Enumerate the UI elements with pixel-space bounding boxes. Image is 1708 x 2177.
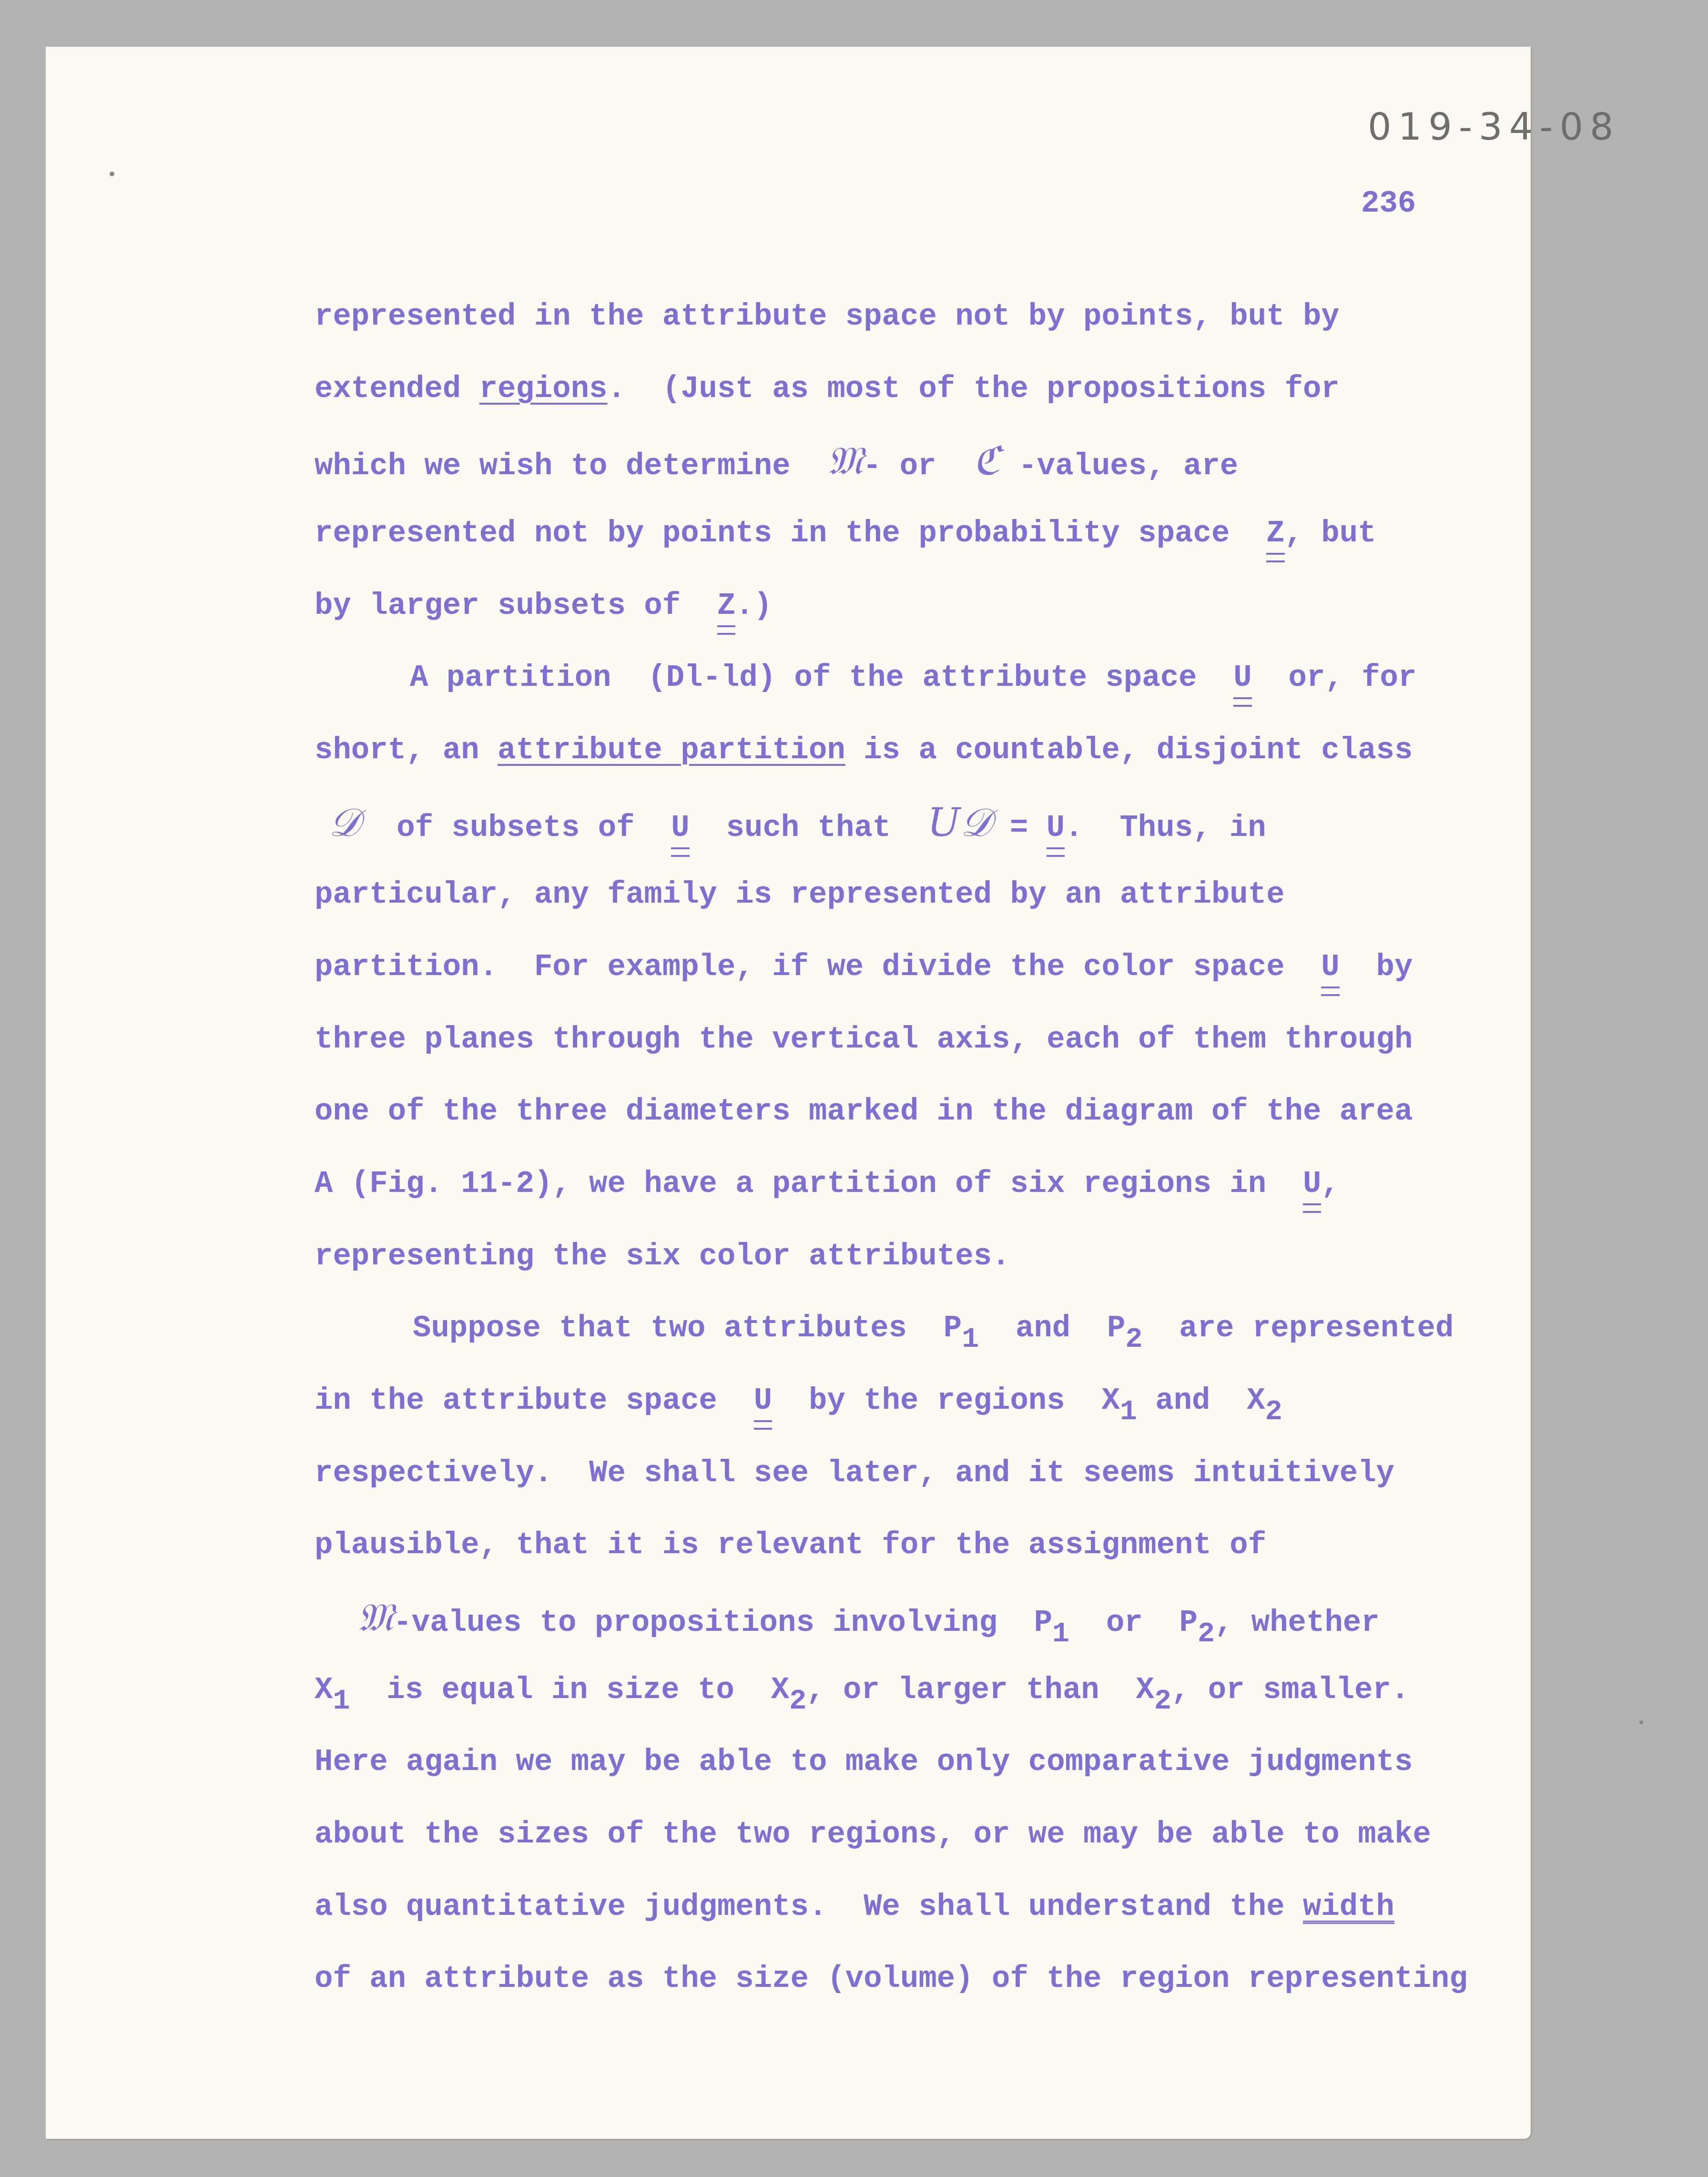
symbol-u-double-underlined: U (754, 1382, 772, 1420)
symbol-u-double-underlined: U (1303, 1165, 1321, 1203)
text-line-19: 𝔐-values to propositions involving P1 or… (357, 1599, 1380, 1637)
subscript: 1 (1052, 1618, 1069, 1650)
text-line-14: representing the six color attributes. (315, 1238, 1010, 1276)
subscript: 2 (1198, 1618, 1215, 1650)
text-segment: by (1340, 950, 1413, 985)
text-segment: -values, are (1000, 449, 1238, 484)
text-segment: , or larger than X (806, 1673, 1154, 1708)
subscript: 2 (1154, 1685, 1171, 1718)
text-segment: A (Fig. 11-2), we have a partition of si… (315, 1167, 1303, 1201)
text-segment: of an attribute as the size (volume) of … (315, 1962, 1468, 1996)
paper-speck (110, 172, 114, 176)
text-line-17: respectively. We shall see later, and it… (315, 1455, 1394, 1493)
text-segment: is a countable, disjoint class (845, 733, 1413, 768)
text-segment: or P (1069, 1606, 1198, 1640)
text-line-9: particular, any family is represented by… (315, 876, 1285, 914)
text-segment: also quantitative judgments. We shall un… (315, 1890, 1303, 1924)
text-segment: particular, any family is represented by… (315, 878, 1285, 912)
text-line-24: of an attribute as the size (volume) of … (315, 1960, 1468, 1998)
text-segment: , but (1285, 517, 1376, 551)
text-segment: Suppose that two attributes P (413, 1312, 962, 1346)
subscript: 1 (962, 1323, 979, 1356)
text-line-22: about the sizes of the two regions, or w… (315, 1816, 1431, 1854)
text-line-16: in the attribute space U by the regions … (315, 1382, 1282, 1420)
text-line-13: A (Fig. 11-2), we have a partition of si… (315, 1165, 1340, 1203)
text-segment: , (1321, 1167, 1339, 1201)
text-line-18: plausible, that it is relevant for the a… (315, 1526, 1266, 1565)
text-segment: or (881, 449, 973, 484)
text-segment: , or smaller. (1171, 1673, 1409, 1708)
text-segment: extended (315, 372, 479, 407)
text-segment: short, an (315, 733, 498, 768)
subscript: 1 (333, 1685, 350, 1718)
symbol-u-double-underlined: U (671, 809, 689, 847)
text-segment: one of the three diameters marked in the… (315, 1095, 1413, 1129)
subscript: 2 (1125, 1323, 1142, 1356)
page-number: 236 (1361, 187, 1416, 221)
subscript: 1 (1120, 1396, 1137, 1428)
archive-id-handwritten: 019-34-08 (1368, 106, 1620, 149)
text-line-21: Here again we may be able to make only c… (315, 1743, 1413, 1781)
symbol-u-double-underlined: U (1321, 948, 1339, 987)
text-segment: -values to propositions involving P (393, 1606, 1052, 1640)
script-m-symbol-icon: 𝔐 (827, 438, 863, 484)
text-segment: plausible, that it is relevant for the a… (315, 1528, 1266, 1563)
text-segment: = (992, 811, 1047, 845)
text-segment: representing the six color attributes. (315, 1240, 1010, 1274)
text-segment: by the regions X (772, 1384, 1120, 1418)
text-segment: A partition (Dl-ld) of the attribute spa… (410, 661, 1233, 695)
text-segment: about the sizes of the two regions, or w… (315, 1818, 1431, 1852)
text-segment: . Thus, in (1065, 811, 1266, 845)
text-segment: and X (1137, 1384, 1265, 1418)
text-segment: of subsets of (360, 811, 671, 845)
text-segment: three planes through the vertical axis, … (315, 1023, 1413, 1057)
text-segment: partition. For example, if we divide the… (315, 950, 1321, 985)
script-m-symbol-icon: 𝔐 (357, 1595, 393, 1640)
text-segment: is equal in size to X (350, 1673, 789, 1708)
text-line-8: 𝒟 of subsets of U such that U𝒟 = U. Thus… (329, 804, 1266, 842)
text-line-5: by larger subsets of Z.) (315, 587, 772, 625)
text-line-15: Suppose that two attributes P1 and P2 ar… (413, 1310, 1454, 1348)
text-line-23: also quantitative judgments. We shall un… (315, 1888, 1394, 1926)
text-line-12: one of the three diameters marked in the… (315, 1093, 1413, 1131)
symbol-z-double-underlined: Z (1266, 515, 1284, 553)
text-segment: - (863, 449, 881, 484)
text-segment: which we wish to determine (315, 449, 827, 484)
underlined-term-width: width (1303, 1890, 1394, 1924)
text-segment: respectively. We shall see later, and it… (315, 1456, 1394, 1491)
subscript: 2 (789, 1685, 806, 1718)
text-line-20: X1 is equal in size to X2, or larger tha… (315, 1671, 1409, 1709)
text-line-6: A partition (Dl-ld) of the attribute spa… (410, 659, 1416, 697)
paper-speck (1639, 1720, 1643, 1724)
text-line-1: represented in the attribute space not b… (315, 298, 1340, 336)
text-segment: Here again we may be able to make only c… (315, 1745, 1413, 1780)
text-line-10: partition. For example, if we divide the… (315, 948, 1413, 987)
script-d-symbol-icon: 𝒟 (329, 800, 360, 845)
symbol-u-double-underlined: U (1047, 809, 1065, 847)
text-segment: by larger subsets of (315, 589, 717, 623)
text-line-7: short, an attribute partition is a count… (315, 732, 1413, 770)
text-segment: represented in the attribute space not b… (315, 300, 1340, 334)
text-line-11: three planes through the vertical axis, … (315, 1021, 1413, 1059)
underlined-term-regions: regions (479, 372, 608, 407)
union-symbol-icon: U (927, 800, 960, 845)
text-segment: or, for (1252, 661, 1417, 695)
text-segment: such that (690, 811, 927, 845)
subscript: 2 (1265, 1396, 1282, 1428)
text-line-3: which we wish to determine 𝔐- or ℭ -valu… (315, 442, 1238, 480)
underlined-term-attribute-partition: attribute partition (498, 733, 845, 768)
symbol-z-double-underlined: Z (717, 587, 735, 625)
text-line-2: extended regions. (Just as most of the p… (315, 370, 1340, 408)
text-line-4: represented not by points in the probabi… (315, 515, 1376, 553)
text-segment: .) (735, 589, 772, 623)
script-d-symbol-icon: 𝒟 (960, 800, 991, 845)
symbol-u-double-underlined: U (1233, 659, 1251, 697)
text-segment: in the attribute space (315, 1384, 754, 1418)
text-segment: are represented (1142, 1312, 1454, 1346)
script-c-symbol-icon: ℭ (973, 438, 1000, 484)
text-segment: and P (979, 1312, 1125, 1346)
text-segment: . (Just as most of the propositions for (608, 372, 1340, 407)
text-segment: represented not by points in the probabi… (315, 517, 1266, 551)
text-segment: , whether (1215, 1606, 1380, 1640)
text-segment: X (315, 1673, 333, 1708)
